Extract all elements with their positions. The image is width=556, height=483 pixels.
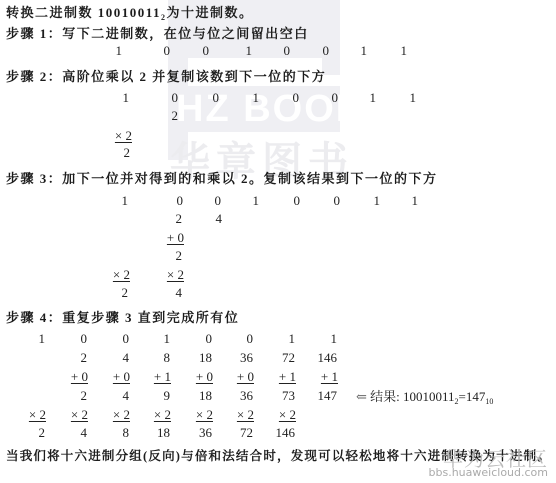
product: 18 [140,425,170,441]
result-equals: =147 [459,389,486,404]
step-3-multiply-op: × 2 [154,267,184,283]
digit: 0 [310,193,340,209]
result-sub-10: 10 [485,397,493,406]
carried: 8 [140,350,170,366]
digit: 1 [346,90,376,106]
multiply-op: × 2 [183,407,213,423]
product: 146 [265,425,295,441]
digit: 1 [229,90,259,106]
sum: 147 [307,388,337,404]
digit: 1 [99,90,129,106]
digit: 0 [260,43,290,59]
step-2-multiply-op: × 2 [102,128,132,144]
sum: 36 [223,388,253,404]
step-3-add-op: + 0 [154,230,184,246]
digit: 1 [265,331,295,347]
result-annotation: ⇐ 结果: 100100112=14710 [356,386,493,406]
digit: 0 [182,331,212,347]
add-op: + 1 [266,369,296,385]
digit: 1 [386,90,416,106]
digit: 1 [15,331,45,347]
digit: 1 [229,193,259,209]
sum: 2 [57,388,87,404]
step-3-product: 4 [152,285,182,301]
digit: 0 [179,43,209,59]
digit: 0 [153,193,183,209]
digit: 1 [377,43,407,59]
multiply-op: × 2 [141,407,171,423]
carried: 72 [265,350,295,366]
add-op: + 0 [183,369,213,385]
digit: 1 [307,331,337,347]
multiply-op: × 2 [266,407,296,423]
multiply-op: × 2 [224,407,254,423]
digit: 0 [99,331,129,347]
watermark-block-right [322,0,340,75]
digit: 0 [148,90,178,106]
carried: 36 [223,350,253,366]
digit: 1 [337,43,367,59]
sum: 18 [182,388,212,404]
result-label: 结果: 10010011 [370,389,454,404]
step-2-carried: 2 [148,108,178,124]
digit: 0 [308,90,338,106]
add-op: + 1 [308,369,338,385]
step-1-label: 步骤 1：写下二进制数，在位与位之间留出空白 [6,23,309,42]
add-op: + 0 [100,369,130,385]
title-suffix: 为十进制数。 [167,5,254,20]
site-watermark-url: bbs.huaweicloud.com [429,466,548,479]
digit: 0 [223,331,253,347]
digit: 0 [299,43,329,59]
sum: 73 [265,388,295,404]
multiply-op: × 2 [58,407,88,423]
product: 72 [223,425,253,441]
left-arrow-icon: ⇐ [356,389,367,404]
digit: 0 [270,193,300,209]
digit: 0 [191,193,221,209]
digit: 0 [140,43,170,59]
digit: 1 [350,193,380,209]
step-3-product: 2 [98,285,128,301]
carried: 18 [182,350,212,366]
multiply-op: × 2 [100,407,130,423]
digit: 1 [92,43,122,59]
step-3-carried: 4 [192,211,222,227]
digit: 1 [98,193,128,209]
carried: 2 [57,350,87,366]
digit: 1 [140,331,170,347]
step-3-label: 步骤 3：加下一位并对得到的和乘以 2。复制该结果到下一位的下方 [6,168,438,187]
sum: 4 [99,388,129,404]
product: 8 [99,425,129,441]
add-op: + 1 [141,369,171,385]
step-3-multiply-op: × 2 [100,267,130,283]
digit: 1 [222,43,252,59]
problem-title: 转换二进制数 100100112为十进制数。 [6,2,254,22]
step-2-label: 步骤 2：高阶位乘以 2 并复制该数到下一位的下方 [6,66,326,85]
digit: 0 [189,90,219,106]
product: 36 [182,425,212,441]
product: 2 [15,425,45,441]
step-3-carried: 2 [152,211,182,227]
step-2-product: 2 [100,145,130,161]
add-op: + 0 [224,369,254,385]
step-3-sum: 2 [152,248,182,264]
add-op: + 0 [58,369,88,385]
carried: 4 [99,350,129,366]
multiply-op: × 2 [16,407,46,423]
digit: 0 [269,90,299,106]
carried: 146 [307,350,337,366]
digit: 1 [388,193,418,209]
digit: 0 [57,331,87,347]
step-4-label: 步骤 4：重复步骤 3 直到完成所有位 [6,307,239,326]
sum: 9 [140,388,170,404]
product: 4 [57,425,87,441]
title-text: 转换二进制数 10010011 [6,5,161,20]
